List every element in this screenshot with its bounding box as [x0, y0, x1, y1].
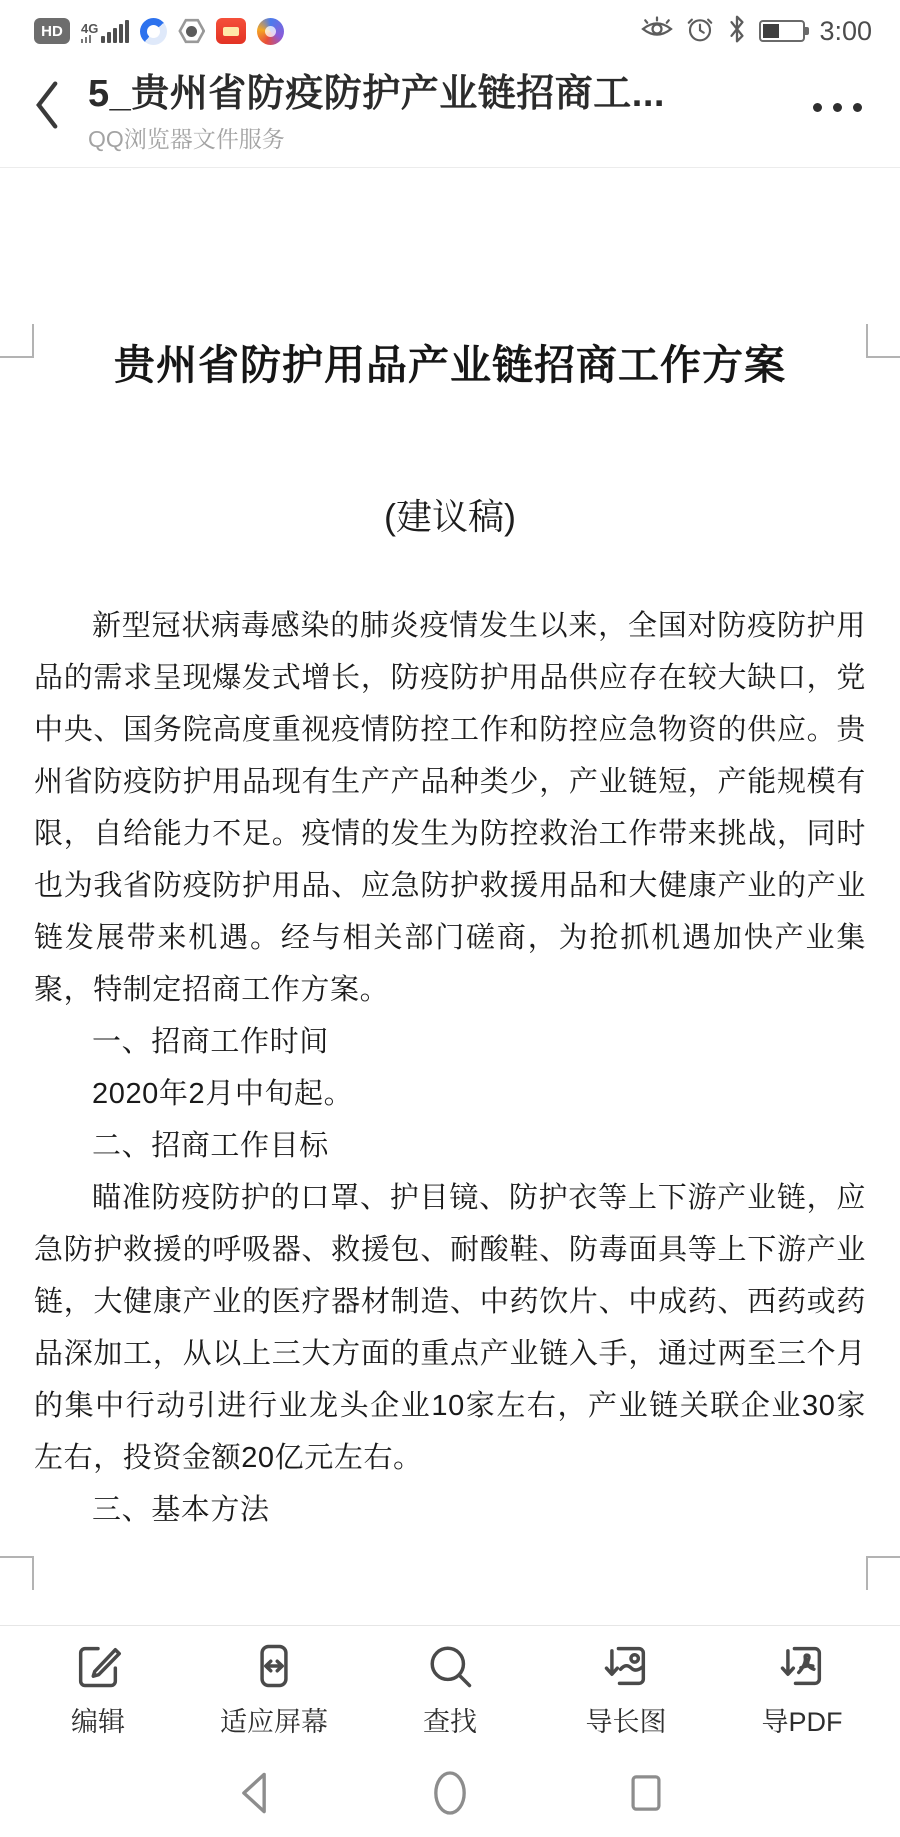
- hd-icon: HD: [34, 18, 70, 44]
- home-circle-icon: [430, 1769, 470, 1822]
- export-long-image-button[interactable]: 导长图: [566, 1640, 686, 1739]
- find-button[interactable]: 查找: [390, 1640, 510, 1739]
- bottom-toolbar: 编辑 适应屏幕 查找: [0, 1625, 900, 1753]
- file-source-label: QQ浏览器文件服务: [88, 121, 809, 154]
- toolbar-label: 编辑: [71, 1700, 125, 1739]
- doc-heading-2: 二、招商工作目标: [34, 1120, 866, 1172]
- doc-heading-1: 一、招商工作时间: [34, 1016, 866, 1068]
- nav-recents-button[interactable]: [616, 1765, 676, 1825]
- status-time: 3:00: [819, 16, 872, 47]
- battery-icon: [759, 20, 805, 42]
- doc-paragraph: 2020年2月中旬起。: [34, 1068, 866, 1120]
- back-triangle-icon: [237, 1771, 271, 1820]
- doc-heading-3: 三、基本方法: [34, 1484, 866, 1536]
- status-right-icons: 3:00: [640, 14, 872, 49]
- page-corner-mark-top-left: [0, 324, 34, 358]
- nav-back-button[interactable]: [224, 1765, 284, 1825]
- page-corner-mark-bottom-left: [0, 1556, 34, 1590]
- chevron-left-icon: [30, 77, 64, 138]
- fit-screen-button[interactable]: 适应屏幕: [214, 1640, 334, 1739]
- dot: [833, 103, 842, 112]
- colorful-app-notification-icon: [257, 18, 284, 45]
- blue-app-notification-icon: [140, 18, 167, 45]
- android-navigation-bar: [0, 1753, 900, 1837]
- app-header: 5_贵州省防疫防护产业链招商工... QQ浏览器文件服务: [0, 56, 900, 168]
- export-pdf-icon: [776, 1640, 828, 1692]
- export-long-image-icon: [600, 1640, 652, 1692]
- status-left-icons: HD 4G: [34, 18, 284, 45]
- toolbar-label: 查找: [423, 1700, 477, 1739]
- document-title: 贵州省防护用品产业链招商工作方案: [0, 332, 900, 391]
- phone-screen: HD 4G: [0, 0, 900, 1837]
- toolbar-label: 适应屏幕: [220, 1700, 328, 1739]
- bluetooth-icon: [726, 14, 748, 49]
- signal-bars-icon: [101, 20, 129, 43]
- signal-mini-bars-icon: [81, 35, 91, 43]
- document-subtitle: (建议稿): [0, 489, 900, 540]
- toolbar-label: 导长图: [586, 1700, 667, 1739]
- doc-paragraph: 瞄准防疫防护的口罩、护目镜、防护衣等上下游产业链，应急防护救援的呼吸器、救援包、…: [34, 1172, 866, 1484]
- red-app-notification-icon: [216, 18, 246, 44]
- back-button[interactable]: [30, 78, 76, 138]
- nav-home-button[interactable]: [420, 1765, 480, 1825]
- page-corner-mark-top-right: [866, 324, 900, 358]
- hexagon-app-notification-icon: [178, 18, 205, 45]
- toolbar-label: 导PDF: [762, 1700, 843, 1739]
- dot: [813, 103, 822, 112]
- recents-square-icon: [628, 1772, 664, 1819]
- network-type-label: 4G: [81, 23, 98, 35]
- more-menu-button[interactable]: [809, 93, 866, 122]
- search-icon: [424, 1640, 476, 1692]
- fit-screen-icon: [248, 1640, 300, 1692]
- eye-protection-icon: [640, 15, 674, 48]
- document-viewer[interactable]: 贵州省防护用品产业链招商工作方案 (建议稿) 新型冠状病毒感染的肺炎疫情发生以来…: [0, 168, 900, 1625]
- edit-icon: [72, 1640, 124, 1692]
- alarm-clock-icon: [685, 14, 715, 49]
- page-corner-mark-bottom-right: [866, 1556, 900, 1590]
- file-title: 5_贵州省防疫防护产业链招商工...: [88, 62, 809, 117]
- dot: [853, 103, 862, 112]
- edit-button[interactable]: 编辑: [38, 1640, 158, 1739]
- header-text-block: 5_贵州省防疫防护产业链招商工... QQ浏览器文件服务: [88, 62, 809, 154]
- doc-paragraph: 新型冠状病毒感染的肺炎疫情发生以来，全国对防疫防护用品的需求呈现爆发式增长，防疫…: [34, 600, 866, 1016]
- export-pdf-button[interactable]: 导PDF: [742, 1640, 862, 1739]
- document-body: 新型冠状病毒感染的肺炎疫情发生以来，全国对防疫防护用品的需求呈现爆发式增长，防疫…: [0, 600, 900, 1536]
- signal-strength-icon: 4G: [81, 20, 129, 43]
- status-bar: HD 4G: [0, 0, 900, 56]
